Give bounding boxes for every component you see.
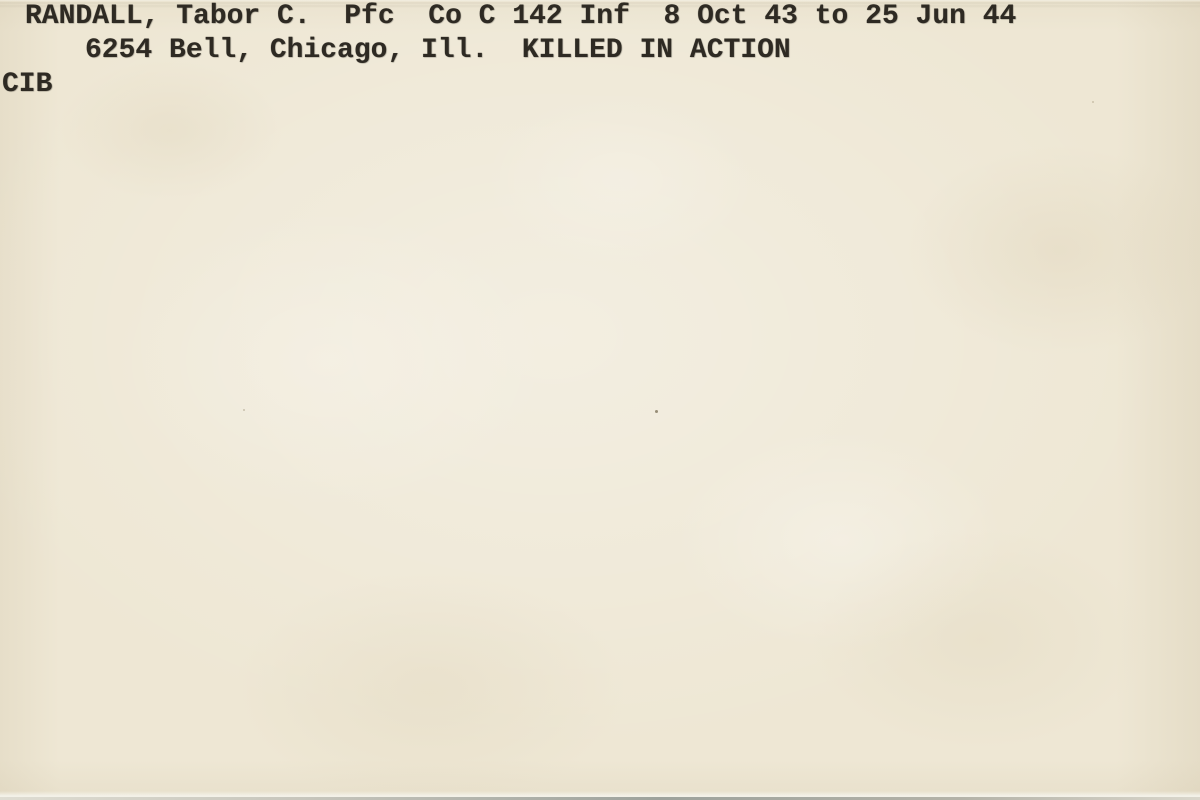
paper-texture [0, 0, 1200, 800]
paper-speck [243, 409, 245, 411]
card-line-address-status: 6254 Bell, Chicago, Ill. KILLED IN ACTIO… [85, 37, 791, 65]
scanned-index-card: RANDALL, Tabor C. Pfc Co C 142 Inf 8 Oct… [0, 0, 1200, 800]
paper-speck [1092, 101, 1094, 103]
card-line-name-rank-unit-dates: RANDALL, Tabor C. Pfc Co C 142 Inf 8 Oct… [25, 3, 1016, 31]
scan-bottom-edge [0, 791, 1200, 800]
paper-speck [655, 410, 658, 413]
card-line-award: CIB [2, 71, 52, 99]
